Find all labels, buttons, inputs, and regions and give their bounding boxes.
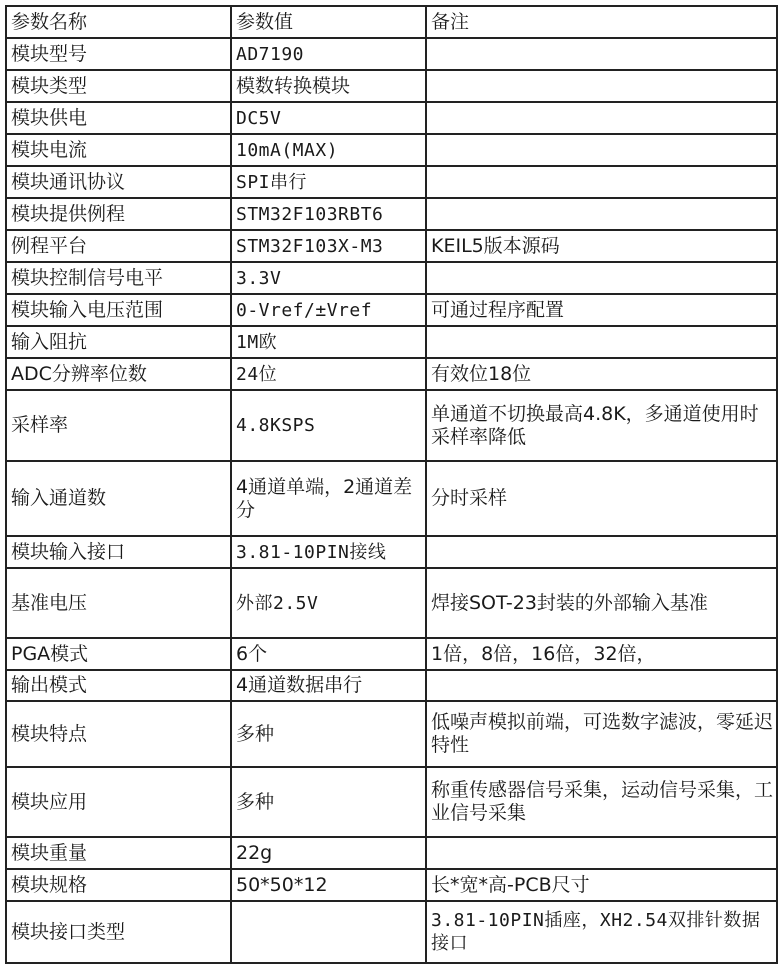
param-name-cell: 采样率 (6, 390, 231, 461)
param-name-cell: 输入通道数 (6, 461, 231, 536)
note-cell (426, 166, 777, 198)
note-cell: 长*宽*高-PCB尺寸 (426, 869, 777, 901)
param-value-cell: 外部2.5V (231, 568, 426, 638)
note-cell: 分时采样 (426, 461, 777, 536)
note-cell (426, 536, 777, 568)
param-value-cell: 10mA(MAX) (231, 134, 426, 166)
header-param-name: 参数名称 (6, 6, 231, 38)
table-row: 输出模式4通道数据串行 (6, 670, 777, 701)
table-row: 模块类型模数转换模块 (6, 70, 777, 102)
param-name-cell: 模块接口类型 (6, 901, 231, 963)
spec-table: 参数名称 参数值 备注 模块型号AD7190 模块类型模数转换模块 模块供电DC… (5, 5, 778, 964)
table-row: 输入阻抗1M欧 (6, 326, 777, 358)
param-name-cell: 输出模式 (6, 670, 231, 701)
table-row: 模块电流10mA(MAX) (6, 134, 777, 166)
table-header-row: 参数名称 参数值 备注 (6, 6, 777, 38)
param-name-cell: 例程平台 (6, 230, 231, 262)
param-value-cell: 0-Vref/±Vref (231, 294, 426, 326)
table-row: 模块型号AD7190 (6, 38, 777, 70)
table-row: 模块输入接口3.81-10PIN接线 (6, 536, 777, 568)
param-value-cell: 50*50*12 (231, 869, 426, 901)
param-value-cell: 1M欧 (231, 326, 426, 358)
note-cell: 3.81-10PIN插座，XH2.54双排针数据接口 (426, 901, 777, 963)
table-row: 模块特点多种低噪声模拟前端，可选数字滤波，零延迟特性 (6, 701, 777, 767)
param-value-cell: 22g (231, 837, 426, 869)
param-value-cell: 3.3V (231, 262, 426, 294)
note-cell (426, 134, 777, 166)
param-value-cell: SPI串行 (231, 166, 426, 198)
note-cell: 称重传感器信号采集，运动信号采集，工业信号采集 (426, 767, 777, 837)
param-value-cell: 3.81-10PIN接线 (231, 536, 426, 568)
table-row: 基准电压外部2.5V焊接SOT-23封装的外部输入基准 (6, 568, 777, 638)
table-row: 模块供电DC5V (6, 102, 777, 134)
note-cell: 单通道不切换最高4.8K，多通道使用时采样率降低 (426, 390, 777, 461)
note-cell: KEIL5版本源码 (426, 230, 777, 262)
note-cell (426, 38, 777, 70)
param-name-cell: 模块类型 (6, 70, 231, 102)
note-cell (426, 837, 777, 869)
table-row: ADC分辨率位数24位有效位18位 (6, 358, 777, 390)
param-value-cell: AD7190 (231, 38, 426, 70)
note-cell (426, 326, 777, 358)
param-name-cell: PGA模式 (6, 638, 231, 670)
param-name-cell: 输入阻抗 (6, 326, 231, 358)
param-name-cell: 模块应用 (6, 767, 231, 837)
param-value-cell: 多种 (231, 701, 426, 767)
note-cell: 可通过程序配置 (426, 294, 777, 326)
param-value-cell: 24位 (231, 358, 426, 390)
param-value-cell: 4通道数据串行 (231, 670, 426, 701)
table-row: 模块规格50*50*12长*宽*高-PCB尺寸 (6, 869, 777, 901)
header-note: 备注 (426, 6, 777, 38)
table-row: 模块提供例程STM32F103RBT6 (6, 198, 777, 230)
param-value-cell: STM32F103RBT6 (231, 198, 426, 230)
header-param-value: 参数值 (231, 6, 426, 38)
param-name-cell: 模块控制信号电平 (6, 262, 231, 294)
param-value-cell: 模数转换模块 (231, 70, 426, 102)
param-name-cell: 模块输入接口 (6, 536, 231, 568)
table-row: 模块重量22g (6, 837, 777, 869)
note-cell: 焊接SOT-23封装的外部输入基准 (426, 568, 777, 638)
note-cell: 1倍，8倍，16倍，32倍， (426, 638, 777, 670)
table-row: 例程平台STM32F103X-M3KEIL5版本源码 (6, 230, 777, 262)
param-value-cell: STM32F103X-M3 (231, 230, 426, 262)
param-value-cell: DC5V (231, 102, 426, 134)
param-value-cell: 4.8KSPS (231, 390, 426, 461)
note-cell (426, 102, 777, 134)
table-row: 模块应用多种称重传感器信号采集，运动信号采集，工业信号采集 (6, 767, 777, 837)
param-name-cell: 基准电压 (6, 568, 231, 638)
table-row: 模块通讯协议SPI串行 (6, 166, 777, 198)
param-name-cell: 模块规格 (6, 869, 231, 901)
param-name-cell: 模块输入电压范围 (6, 294, 231, 326)
table-body: 模块型号AD7190 模块类型模数转换模块 模块供电DC5V 模块电流10mA(… (6, 38, 777, 963)
param-name-cell: 模块供电 (6, 102, 231, 134)
table-row: 输入通道数4通道单端，2通道差分分时采样 (6, 461, 777, 536)
param-name-cell: 模块电流 (6, 134, 231, 166)
param-name-cell: 模块通讯协议 (6, 166, 231, 198)
param-name-cell: 模块提供例程 (6, 198, 231, 230)
param-value-cell: 多种 (231, 767, 426, 837)
param-name-cell: 模块重量 (6, 837, 231, 869)
table-row: 模块接口类型3.81-10PIN插座，XH2.54双排针数据接口 (6, 901, 777, 963)
note-cell: 有效位18位 (426, 358, 777, 390)
table-row: 模块输入电压范围0-Vref/±Vref可通过程序配置 (6, 294, 777, 326)
note-cell (426, 70, 777, 102)
param-name-cell: ADC分辨率位数 (6, 358, 231, 390)
note-cell (426, 670, 777, 701)
note-cell (426, 262, 777, 294)
note-cell: 低噪声模拟前端，可选数字滤波，零延迟特性 (426, 701, 777, 767)
table-row: PGA模式6个1倍，8倍，16倍，32倍， (6, 638, 777, 670)
table-row: 采样率4.8KSPS单通道不切换最高4.8K，多通道使用时采样率降低 (6, 390, 777, 461)
param-value-cell (231, 901, 426, 963)
param-value-cell: 6个 (231, 638, 426, 670)
param-name-cell: 模块型号 (6, 38, 231, 70)
param-value-cell: 4通道单端，2通道差分 (231, 461, 426, 536)
param-name-cell: 模块特点 (6, 701, 231, 767)
table-row: 模块控制信号电平3.3V (6, 262, 777, 294)
note-cell (426, 198, 777, 230)
